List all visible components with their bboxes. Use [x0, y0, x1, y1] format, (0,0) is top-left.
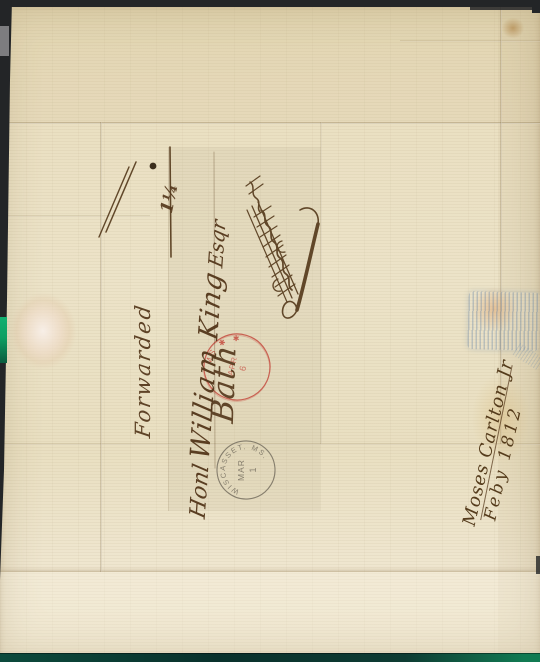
wax-seal-ghost-stain	[10, 292, 76, 370]
scan-edge-bottom-teal	[0, 653, 540, 662]
postmark-month: MAR	[236, 459, 246, 481]
brown-stain	[498, 14, 528, 42]
scan-edge-green-artifact	[0, 317, 7, 363]
scan-edge-top-right	[470, 7, 540, 10]
scan-edge-right-notch	[536, 556, 540, 574]
paper-tone-band	[0, 6, 540, 123]
bottom-fold-flap	[0, 571, 540, 656]
scan-edge-gray-patch	[0, 26, 9, 56]
fold-crease-vertical	[100, 122, 102, 572]
address-suffix: Esqr	[203, 217, 230, 270]
scan-edge-top	[0, 0, 540, 7]
wiscasset-postmark: WISCASSET. MS. MAR 1	[206, 430, 286, 510]
handwriting-destination-bath: Bath	[205, 342, 244, 425]
fold-crease-horizontal	[0, 215, 150, 217]
address-honorific: Honl	[186, 462, 214, 521]
fold-crease-horizontal	[0, 122, 540, 124]
handwriting-forwarded: Forwarded	[131, 302, 155, 439]
scan-corner-top-right	[532, 0, 540, 13]
fold-crease-vertical	[320, 122, 322, 444]
postmark-day: 1	[248, 467, 258, 472]
scanned-letter-cover: WISCASSET. MS. MAR 1 MS ✱ ✱ APR 6	[0, 0, 540, 662]
